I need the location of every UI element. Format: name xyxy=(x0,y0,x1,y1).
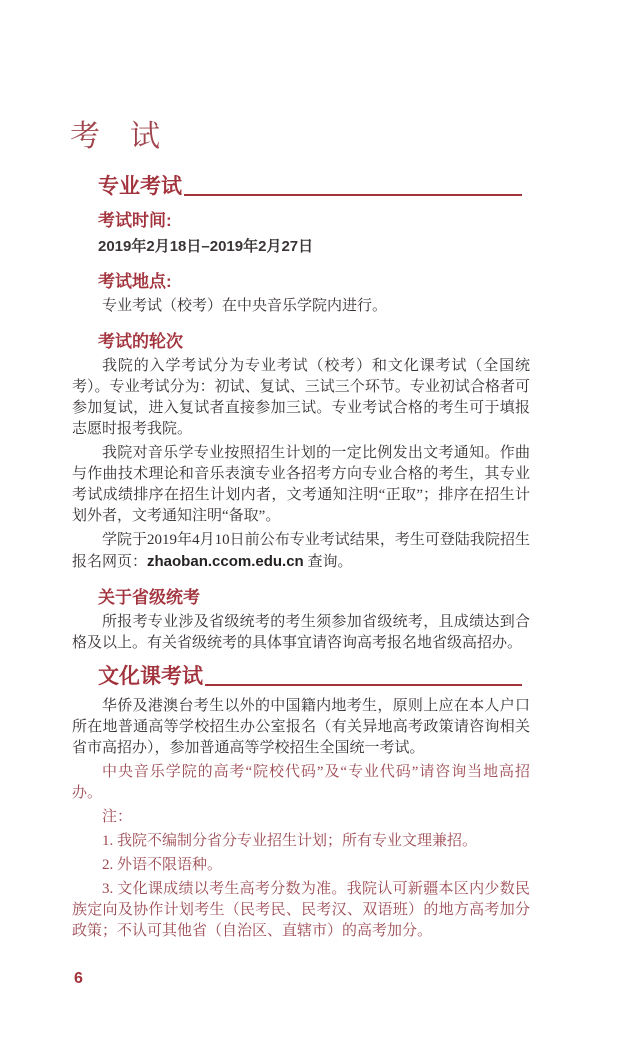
exam-rounds-heading: 考试的轮次 xyxy=(98,331,530,353)
exam-results-paragraph: 学院于2019年4月10日前公布专业考试结果，考生可登陆我院招生报名网页：zha… xyxy=(72,530,530,573)
exam-results-suffix: 查询。 xyxy=(304,554,353,570)
exam-location-label: 考试地点: xyxy=(98,271,530,293)
exam-location-text: 专业考试（校考）在中央音乐学院内进行。 xyxy=(72,296,530,317)
document-page: 考 试 专业考试 考试时间: 2019年2月18日–2019年2月27日 考试地… xyxy=(0,0,642,1058)
exam-time-label: 考试时间: xyxy=(98,210,530,232)
note-item-3: 3. 文化课成绩以考生高考分数为准。我院认可新疆本区内少数民族定向及协作计划考生… xyxy=(72,879,530,942)
page-number: 6 xyxy=(74,970,83,988)
exam-rounds-paragraph-1: 我院的入学考试分为专业考试（校考）和文化课考试（全国统考）。专业考试分为：初试、… xyxy=(72,356,530,440)
school-code-note: 中央音乐学院的高考“院校代码”及“专业代码”请咨询当地高招办。 xyxy=(72,762,530,804)
provincial-exam-text: 所报考专业涉及省级统考的考生须参加省级统考，且成绩达到合格及以上。有关省级统考的… xyxy=(72,612,530,654)
admissions-website-url: zhaoban.ccom.edu.cn xyxy=(147,553,304,570)
provincial-exam-heading: 关于省级统考 xyxy=(98,587,530,609)
cultural-exam-paragraph: 华侨及港澳台考生以外的中国籍内地考生，原则上应在本人户口所在地普通高等学校招生办… xyxy=(72,696,530,759)
section-heading-label: 专业考试 xyxy=(72,174,182,200)
page-content: 专业考试 考试时间: 2019年2月18日–2019年2月27日 考试地点: 专… xyxy=(72,168,530,942)
exam-rounds-paragraph-2: 我院对音乐学专业按照招生计划的一定比例发出文考通知。作曲与作曲技术理论和音乐表演… xyxy=(72,443,530,527)
section-heading-label: 文化课考试 xyxy=(72,664,203,690)
note-item-2: 2. 外语不限语种。 xyxy=(72,855,530,876)
page-title: 考 试 xyxy=(70,120,160,154)
heading-rule xyxy=(205,684,522,686)
section-heading-professional-exam: 专业考试 xyxy=(72,174,530,200)
notes-label: 注： xyxy=(72,807,530,828)
note-item-1: 1. 我院不编制分省分专业招生计划；所有专业文理兼招。 xyxy=(72,831,530,852)
exam-time-value: 2019年2月18日–2019年2月27日 xyxy=(98,237,530,257)
heading-rule xyxy=(184,194,522,196)
section-heading-cultural-exam: 文化课考试 xyxy=(72,664,530,690)
